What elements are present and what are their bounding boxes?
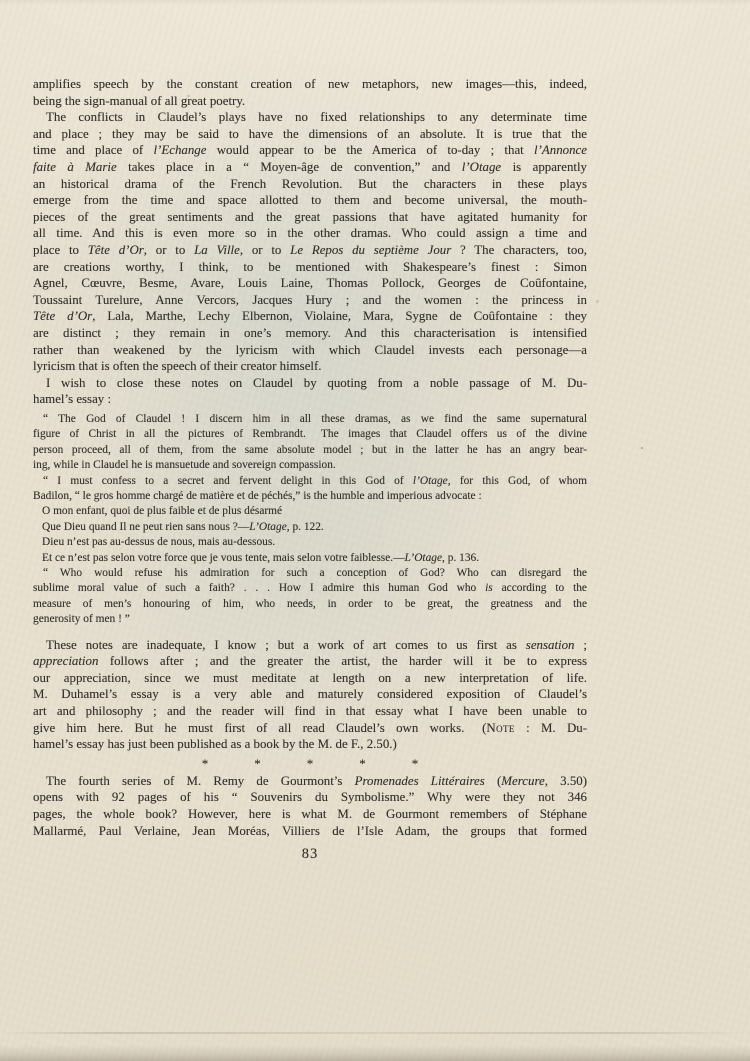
text-line: “ The God of Claudel ! I discern him in … — [33, 412, 587, 427]
italic-text: Le Repos du septième Jour — [290, 243, 451, 257]
text-line: place to Tête d’Or, or to La Ville, or t… — [33, 242, 587, 259]
italic-text: sensation — [526, 638, 575, 652]
italic-text: l’Otage — [413, 475, 448, 487]
text-line: an historical drama of the French Revolu… — [33, 176, 587, 193]
text-segment: opens with 92 pages of his “ Souvenirs d… — [33, 790, 587, 804]
paragraph: “ The God of Claudel ! I discern him in … — [33, 412, 587, 474]
text-line: The conflicts in Claudel’s plays have no… — [33, 109, 587, 126]
text-line: “ I must confess to a secret and fervent… — [33, 474, 587, 489]
text-segment: , or to — [240, 243, 290, 257]
text-line: art and philosophy ; and the reader will… — [33, 703, 587, 720]
text-line: time and place of l’Echange would appear… — [33, 142, 587, 159]
text-line: “ Who would refuse his admiration for su… — [33, 566, 587, 581]
text-segment: time and place of — [33, 143, 153, 157]
text-segment: , p. 136. — [442, 552, 479, 564]
text-line: Toussaint Turelure, Anne Vercors, Jacque… — [33, 292, 587, 309]
text-segment: , Lala, Marthe, Lechy Elbernon, Violaine… — [92, 309, 587, 323]
text-segment: ; — [575, 638, 588, 652]
text-line: give him here. But he must first of all … — [33, 720, 587, 737]
text-segment: an historical drama of the French Revolu… — [33, 177, 587, 191]
text-segment: person proceed, all of them, from the sa… — [33, 444, 587, 456]
text-segment: Dieu n’est pas au-dessus de nous, mais a… — [42, 536, 275, 548]
text-segment: takes place in a “ Moyen-âge de conventi… — [117, 160, 462, 174]
text-segment: art and philosophy ; and the reader will… — [33, 704, 587, 718]
text-segment: rather than weakened by the lyricism wit… — [33, 343, 587, 357]
text-segment: is apparently — [501, 160, 587, 174]
text-line: are distinct ; they remain in one’s memo… — [33, 325, 587, 342]
text-line: rather than weakened by the lyricism wit… — [33, 342, 587, 359]
text-segment: ( — [485, 774, 502, 788]
italic-text: Promenades Littéraires — [355, 774, 485, 788]
text-segment: hamel’s essay : — [33, 392, 111, 406]
text-segment: all time. And this is even more so in th… — [33, 226, 587, 240]
text-segment: measure of men’s honouring of him, who n… — [33, 598, 587, 610]
book-page: amplifies speech by the constant creatio… — [0, 0, 750, 1061]
text-line: Dieu n’est pas au-dessus de nous, mais a… — [42, 535, 587, 550]
text-segment: pages, the whole book? However, here is … — [33, 807, 587, 821]
text-line: M. Duhamel’s essay is a very able and ma… — [33, 686, 587, 703]
text-segment: The fourth series of M. Remy de Gourmont… — [46, 774, 355, 788]
italic-text: appreciation — [33, 654, 98, 668]
text-line: are creations worthy, I think, to be men… — [33, 259, 587, 276]
text-segment: amplifies speech by the constant creatio… — [33, 77, 587, 91]
asterisk-ornament: * — [254, 754, 261, 773]
text-segment: M. Duhamel’s essay is a very able and ma… — [33, 687, 587, 701]
text-segment: our appreciation, since we must meditate… — [33, 671, 587, 685]
text-segment: I wish to close these notes on Claudel b… — [46, 376, 587, 390]
text-line: hamel’s essay : — [33, 391, 587, 408]
paragraph: amplifies speech by the constant creatio… — [33, 76, 587, 109]
italic-text: faite à Marie — [33, 160, 117, 174]
text-line: The fourth series of M. Remy de Gourmont… — [33, 773, 587, 790]
text-segment: lyricism that is often the speech of the… — [33, 359, 322, 373]
text-line: generosity of men ! ” — [33, 612, 587, 627]
text-line: Badilon, “ le gros homme chargé de matiè… — [33, 489, 587, 504]
text-segment: give him here. But he must first of all … — [33, 721, 486, 735]
text-line: These notes are inadequate, I know ; but… — [33, 637, 587, 654]
text-line: Et ce n’est pas selon votre force que je… — [42, 551, 587, 566]
text-line: hamel’s essay has just been published as… — [33, 736, 587, 753]
text-segment: follows after ; and the greater the arti… — [98, 654, 587, 668]
text-segment: according to the — [493, 582, 587, 594]
text-segment: O mon enfant, quoi de plus faible et de … — [42, 505, 282, 517]
text-segment: , p. 122. — [287, 521, 324, 533]
text-segment: hamel’s essay has just been published as… — [33, 737, 397, 751]
paragraph: “ Who would refuse his admiration for su… — [33, 566, 587, 628]
text-segment: would appear to be the America of to-day… — [206, 143, 534, 157]
italic-text: l’Echange — [153, 143, 206, 157]
page-bottom-shadow — [0, 1045, 750, 1061]
text-segment: are distinct ; they remain in one’s memo… — [33, 326, 587, 340]
asterisk-separator: ***** — [33, 754, 587, 773]
italic-text: La Ville — [194, 243, 240, 257]
italic-text: Tête d’Or — [33, 309, 92, 323]
paragraph: The fourth series of M. Remy de Gourmont… — [33, 773, 587, 839]
paper-crease-bottom — [0, 1032, 750, 1034]
text-line: ing, while in Claudel he is mansuetude a… — [33, 458, 587, 473]
italic-text: L’Otage — [249, 521, 287, 533]
text-line: amplifies speech by the constant creatio… — [33, 76, 587, 93]
text-segment: figure of Christ in all the pictures of … — [33, 428, 587, 440]
asterisk-ornament: * — [359, 754, 366, 773]
text-segment: and place ; they may be said to have the… — [33, 127, 587, 141]
text-segment: , or to — [144, 243, 194, 257]
page-number: 83 — [33, 846, 587, 863]
text-line: emerge from the time and space allotted … — [33, 192, 587, 209]
text-line: figure of Christ in all the pictures of … — [33, 427, 587, 442]
italic-text: l’Otage — [462, 160, 501, 174]
text-segment: ing, while in Claudel he is mansuetude a… — [33, 459, 336, 471]
text-line: O mon enfant, quoi de plus faible et de … — [42, 504, 587, 519]
asterisk-ornament: * — [202, 754, 209, 773]
text-segment: : M. Du- — [515, 721, 587, 735]
italic-text: is — [485, 582, 493, 594]
text-segment: Agnel, Cœuvre, Besme, Avare, Louis Laine… — [33, 276, 587, 290]
text-segment: “ The God of Claudel ! I discern him in … — [43, 413, 587, 425]
text-segment: “ Who would refuse his admiration for su… — [43, 567, 587, 579]
italic-text: Tête d’Or — [88, 243, 144, 257]
text-segment: place to — [33, 243, 88, 257]
paper-speck — [596, 300, 599, 303]
text-segment: generosity of men ! ” — [33, 613, 130, 625]
text-line: Que Dieu quand Il ne peut rien sans nous… — [42, 520, 587, 535]
text-segment: ? The characters, too, — [451, 243, 587, 257]
text-line: our appreciation, since we must meditate… — [33, 670, 587, 687]
text-line: measure of men’s honouring of him, who n… — [33, 597, 587, 612]
text-segment: , 3.50) — [545, 774, 587, 788]
text-line: lyricism that is often the speech of the… — [33, 358, 587, 375]
page-top-shadow — [0, 0, 750, 5]
text-line: Tête d’Or, Lala, Marthe, Lechy Elbernon,… — [33, 308, 587, 325]
text-segment: Badilon, “ le gros homme chargé de matiè… — [33, 490, 482, 502]
text-line: and place ; they may be said to have the… — [33, 126, 587, 143]
text-line: faite à Marie takes place in a “ Moyen-â… — [33, 159, 587, 176]
text-segment: being the sign-manual of all great poetr… — [33, 94, 245, 108]
text-segment: Toussaint Turelure, Anne Vercors, Jacque… — [33, 293, 587, 307]
text-line: Agnel, Cœuvre, Besme, Avare, Louis Laine… — [33, 275, 587, 292]
text-segment: Et ce n’est pas selon votre force que je… — [42, 552, 405, 564]
paragraph: O mon enfant, quoi de plus faible et de … — [33, 504, 587, 566]
text-segment: Mallarmé, Paul Verlaine, Jean Moréas, Vi… — [33, 824, 587, 838]
text-line: pieces of the great sentiments and the g… — [33, 209, 587, 226]
asterisk-ornament: * — [412, 754, 419, 773]
text-line: Mallarmé, Paul Verlaine, Jean Moréas, Vi… — [33, 823, 587, 840]
paragraph: These notes are inadequate, I know ; but… — [33, 637, 587, 753]
text-line: all time. And this is even more so in th… — [33, 225, 587, 242]
text-line: appreciation follows after ; and the gre… — [33, 653, 587, 670]
italic-text: L’Otage — [405, 552, 443, 564]
italic-text: Mercure — [501, 774, 544, 788]
asterisk-ornament: * — [307, 754, 314, 773]
paragraph: I wish to close these notes on Claudel b… — [33, 375, 587, 408]
text-line: sublime moral value of such a faith? . .… — [33, 581, 587, 596]
text-segment: , for this God, of whom — [448, 475, 587, 487]
text-block: amplifies speech by the constant creatio… — [33, 76, 587, 863]
paragraph: The conflicts in Claudel’s plays have no… — [33, 109, 587, 375]
text-line: person proceed, all of them, from the sa… — [33, 443, 587, 458]
italic-text: l’Annonce — [534, 143, 587, 157]
text-line: pages, the whole book? However, here is … — [33, 806, 587, 823]
text-segment: The conflicts in Claudel’s plays have no… — [46, 110, 587, 124]
text-line: being the sign-manual of all great poetr… — [33, 93, 587, 110]
text-segment: “ I must confess to a secret and fervent… — [43, 475, 413, 487]
paper-speck — [641, 447, 643, 449]
text-segment: emerge from the time and space allotted … — [33, 193, 587, 207]
text-segment: are creations worthy, I think, to be men… — [33, 260, 587, 274]
paper-speck — [187, 95, 190, 97]
text-segment: Que Dieu quand Il ne peut rien sans nous… — [42, 521, 249, 533]
text-segment: sublime moral value of such a faith? . .… — [33, 582, 485, 594]
text-segment: These notes are inadequate, I know ; but… — [46, 638, 526, 652]
small-caps-text: Note — [486, 721, 514, 735]
paragraph: “ I must confess to a secret and fervent… — [33, 474, 587, 505]
text-segment: pieces of the great sentiments and the g… — [33, 210, 587, 224]
text-line: I wish to close these notes on Claudel b… — [33, 375, 587, 392]
text-line: opens with 92 pages of his “ Souvenirs d… — [33, 789, 587, 806]
